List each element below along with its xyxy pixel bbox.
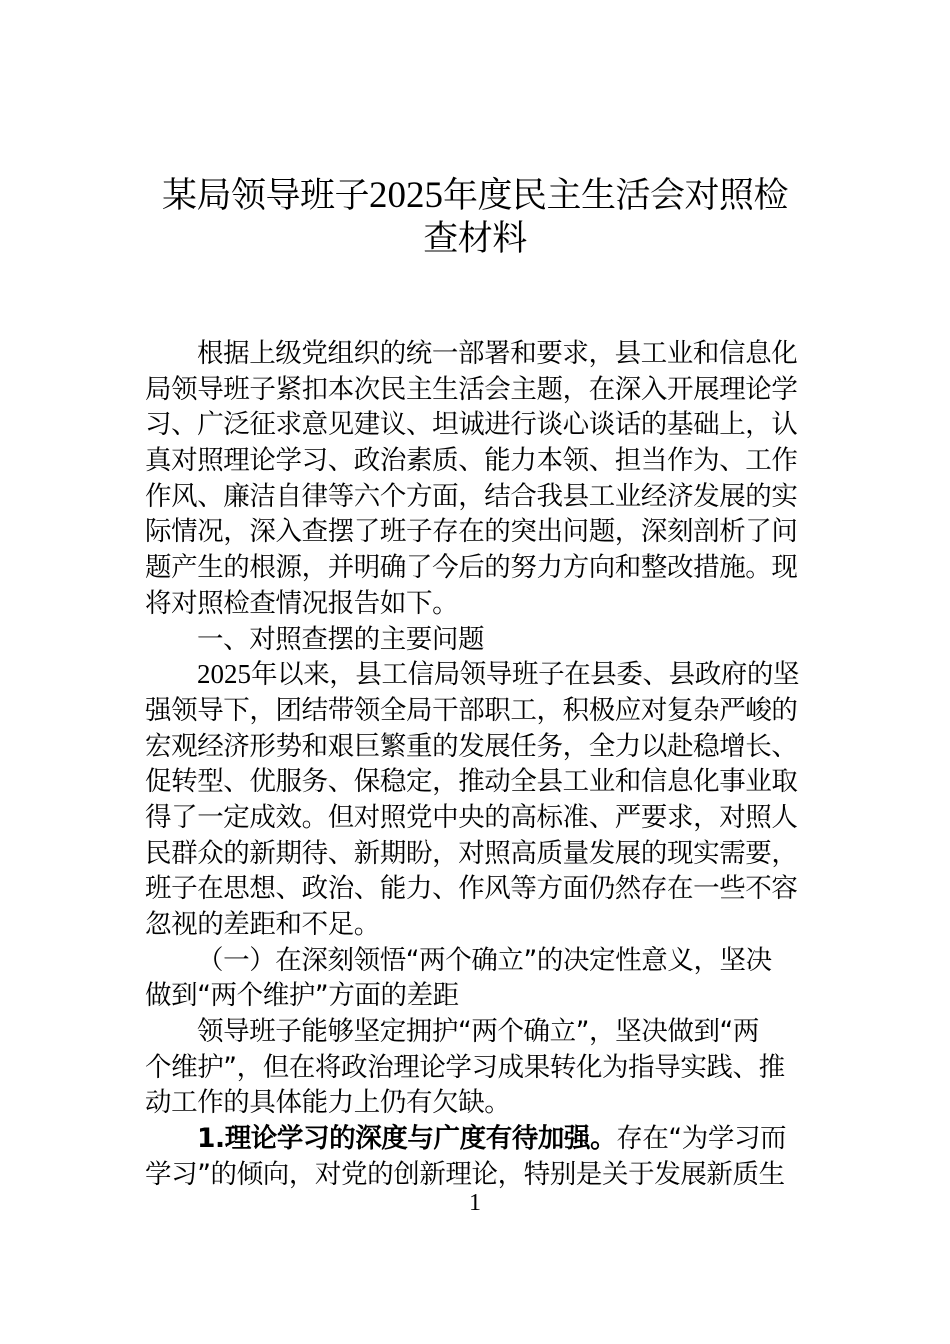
subsection-heading: （一）在深刻领悟“两个确立”的决定性意义，坚决 做到“两个维护”方面的差距 (145, 943, 810, 1014)
text-line: 真对照理论学习、政治素质、能力本领、担当作为、工作 (145, 443, 810, 479)
text-line: 强领导下，团结带领全局干部职工，积极应对复杂严峻的 (145, 693, 810, 729)
line-text: 存在“为学习而 (616, 1123, 786, 1154)
title-prefix: 某局领导班子 (162, 176, 369, 216)
text-line: 将对照检查情况报告如下。 (145, 586, 810, 622)
text-line: （一）在深刻领悟“两个确立”的决定性意义，坚决 (145, 943, 810, 979)
text-line: 2025年以来，县工信局领导班子在县委、县政府的坚 (145, 657, 810, 693)
line-text: 年以来，县工信局领导班子在县委、县政府的坚 (251, 659, 799, 690)
text-line: 根据上级党组织的统一部署和要求，县工业和信息化 (145, 336, 810, 372)
year-number: 2025 (197, 659, 251, 689)
text-line: 题产生的根源，并明确了今后的努力方向和整改措施。现 (145, 550, 810, 586)
title-suffix: 年度民主生活会对照检 (443, 176, 788, 216)
text-line: 得了一定成效。但对照党中央的高标准、严要求，对照人 (145, 800, 810, 836)
text-line: 作风、廉洁自律等六个方面，结合我县工业经济发展的实 (145, 479, 810, 515)
text-line: 忽视的差距和不足。 (145, 907, 810, 943)
section-1-paragraph: 2025年以来，县工信局领导班子在县委、县政府的坚 强领导下，团结带领全局干部职… (145, 657, 810, 943)
document-body: 根据上级党组织的统一部署和要求，县工业和信息化 局领导班子紧扣本次民主生活会主题… (145, 336, 810, 1193)
text-line: 1.理论学习的深度与广度有待加强。存在“为学习而 (145, 1121, 810, 1157)
document-page: 某局领导班子2025年度民主生活会对照检 查材料 根据上级党组织的统一部署和要求… (0, 0, 950, 1344)
text-line: 促转型、优服务、保稳定，推动全县工业和信息化事业取 (145, 764, 810, 800)
text-line: 动工作的具体能力上仍有欠缺。 (145, 1085, 810, 1121)
text-line: 宏观经济形势和艰巨繁重的发展任务，全力以赴稳增长、 (145, 729, 810, 765)
text-line: 领导班子能够坚定拥护“两个确立”，坚决做到“两 (145, 1014, 810, 1050)
text-line: 民群众的新期待、新期盼，对照高质量发展的现实需要， (145, 836, 810, 872)
subsection-1-paragraph: 领导班子能够坚定拥护“两个确立”，坚决做到“两 个维护”，但在将政治理论学习成果… (145, 1014, 810, 1121)
item-bold-lead: 1.理论学习的深度与广度有待加强。 (197, 1123, 616, 1154)
text-line: 习、广泛征求意见建议、坦诚进行谈心谈话的基础上，认 (145, 407, 810, 443)
page-number: 1 (0, 1188, 950, 1218)
document-title-line-2: 查材料 (0, 219, 950, 259)
item-1-paragraph: 1.理论学习的深度与广度有待加强。存在“为学习而 学习”的倾向，对党的创新理论，… (145, 1121, 810, 1192)
text-line: 班子在思想、政治、能力、作风等方面仍然存在一些不容 (145, 871, 810, 907)
intro-paragraph: 根据上级党组织的统一部署和要求，县工业和信息化 局领导班子紧扣本次民主生活会主题… (145, 336, 810, 622)
section-heading: 一、对照查摆的主要问题 (145, 622, 810, 658)
text-line: 做到“两个维护”方面的差距 (145, 978, 810, 1014)
text-line: 局领导班子紧扣本次民主生活会主题，在深入开展理论学 (145, 372, 810, 408)
document-title-line-1: 某局领导班子2025年度民主生活会对照检 (0, 176, 950, 216)
title-year: 2025 (369, 175, 443, 216)
text-line: 个维护”，但在将政治理论学习成果转化为指导实践、推 (145, 1050, 810, 1086)
text-line: 际情况，深入查摆了班子存在的突出问题，深刻剖析了问 (145, 514, 810, 550)
